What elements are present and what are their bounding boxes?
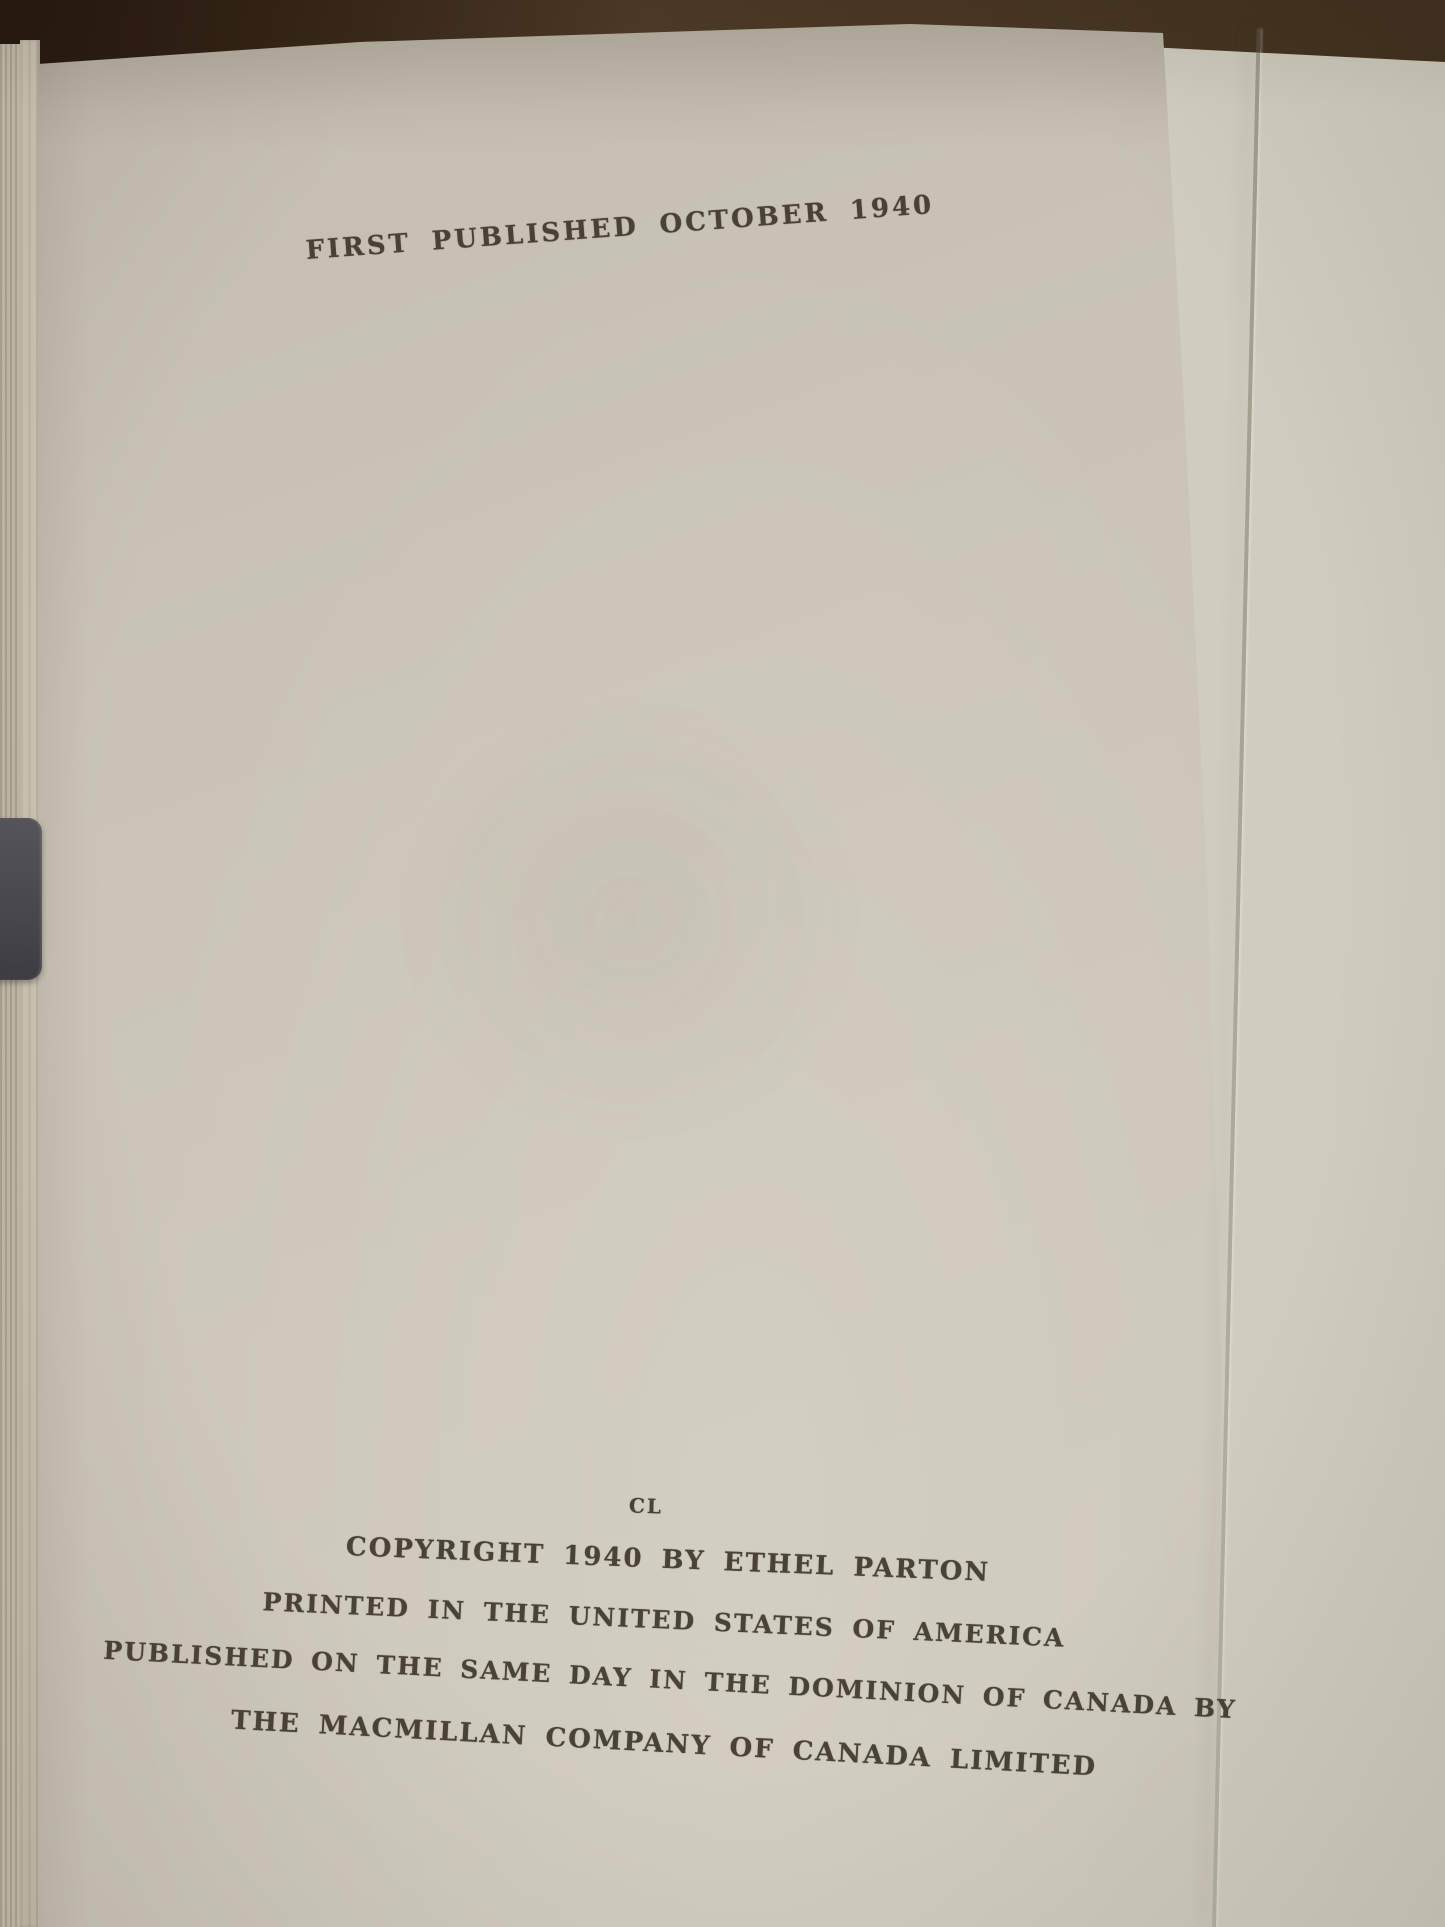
metal-clip — [0, 818, 42, 980]
show-through-ghost — [390, 690, 870, 1150]
book-photo: FIRST PUBLISHED OCTOBER 1940 CL COPYRIGH… — [0, 0, 1445, 1927]
page-stack-edge-inner — [20, 40, 40, 1927]
printer-code-line: CL — [629, 1493, 664, 1518]
page-stack-edge-outer — [0, 44, 20, 1927]
